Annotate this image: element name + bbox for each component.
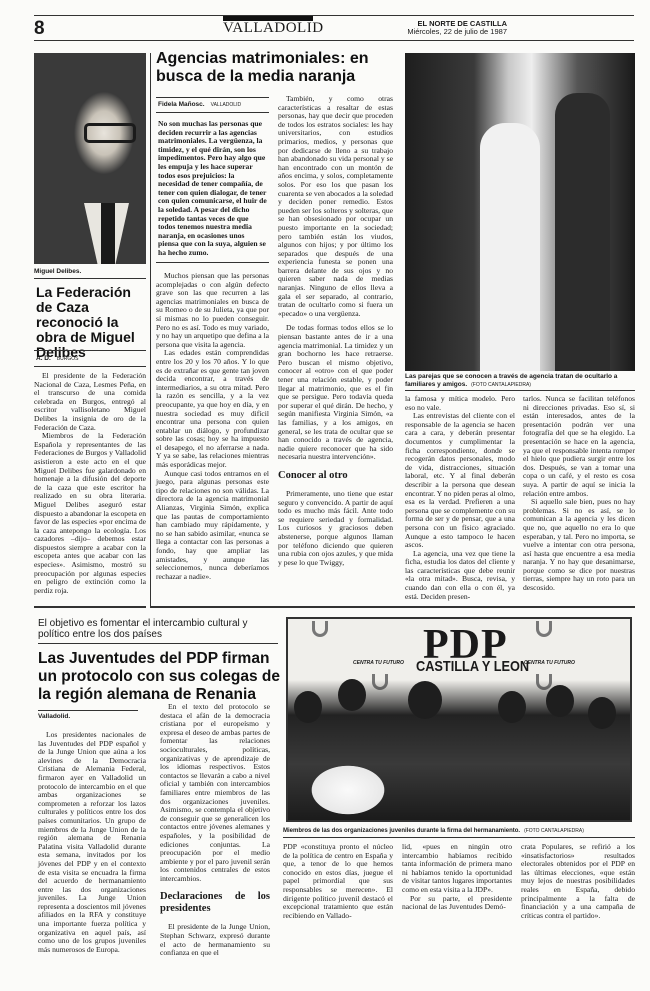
pdp-col5: crata Populares, se refirió a los «insat…: [521, 843, 635, 920]
caption-rule: [34, 278, 146, 279]
subhead-conocer: Conocer al otro: [278, 470, 393, 482]
byline-rule-top: [156, 97, 269, 98]
section-title: VALLADOLID: [223, 20, 324, 37]
tie-shape: [101, 203, 115, 264]
pdp-col3: PDP «constituya pronto el núcleo de la p…: [283, 843, 393, 920]
caption-text: Miembros de las dos organizaciones juven…: [283, 828, 520, 834]
byline-author: A. D.: [36, 355, 51, 362]
pdp-headline: Las Juventudes del PDP firman un protoco…: [38, 650, 283, 704]
byline-place: VALLADOLID: [211, 102, 241, 108]
photo-credit: (FOTO CANTALAPIEDRA): [524, 828, 584, 834]
agencias-lead: No son muchas las personas que deciden r…: [158, 120, 267, 258]
group-meeting-photo-icon: PDP CENTRA TU FUTURO CASTILLA Y LEON CEN…: [286, 617, 632, 822]
person-head-shape: [408, 681, 442, 719]
byline-rule-bottom: [156, 112, 269, 113]
paragraph: De todas formas todos ellos se lo piensa…: [278, 324, 393, 462]
pdp-photo-caption: Miembros de las dos organizaciones juven…: [283, 827, 635, 835]
photo-credit: (FOTO CANTALAPIEDRA): [471, 382, 531, 388]
byline-rule-bottom: [34, 366, 146, 367]
jdp-logo-icon: [536, 621, 552, 637]
jdp-logo-icon: [312, 621, 328, 637]
paragraph: Aunque casi todos entramos en el juego, …: [156, 470, 269, 582]
paragraph: La agencia, una vez que tiene la ficha, …: [405, 550, 515, 602]
pdp-col2: En el texto del protocolo se destaca el …: [160, 703, 270, 958]
person-head-shape: [498, 691, 526, 723]
delibes-photo-caption: Miguel Delibes.: [34, 268, 146, 276]
couple-photo-icon: [405, 53, 635, 371]
paragraph: lid, «pues en ningún otro intercambio ha…: [402, 843, 512, 895]
delibes-headline: La Federación de Caza reconoció la obra …: [36, 285, 148, 360]
page-number: 8: [34, 18, 45, 40]
paragraph: El presidente de la Junge Union, Stephan…: [160, 923, 270, 957]
banner-slogan-left: CENTRA TU FUTURO: [353, 660, 404, 666]
column-divider: [150, 53, 151, 606]
delibes-body: El presidente de la Federación Nacional …: [34, 372, 146, 595]
byline-rule: [38, 710, 138, 711]
byline-place: BURGOS: [57, 356, 79, 362]
paragraph: Por su parte, el presidente nacional de …: [402, 895, 512, 912]
top-rule: [34, 15, 634, 16]
pdp-col1: Los presidentes nacionales de las Juvent…: [38, 731, 146, 954]
kicker-rule: [38, 643, 278, 644]
paragraph: Muchos piensan que las personas acomplej…: [156, 272, 269, 349]
portrait-photo-icon: [34, 53, 146, 264]
person-head-shape: [546, 685, 574, 717]
paragraph: También, y como otras características a …: [278, 95, 393, 318]
agencias-col2: También, y como otras características a …: [278, 95, 393, 567]
issue-date: Miércoles, 22 de julio de 1987: [407, 27, 507, 36]
paragraph: crata Populares, se refirió a los «insat…: [521, 843, 635, 920]
figure-shape: [480, 123, 540, 371]
byline-author: Fidela Mañosc.: [158, 101, 205, 108]
delibes-byline: A. D.BURGOS: [36, 355, 78, 362]
masthead-rule: [34, 40, 634, 41]
couple-photo-caption: Las parejas que se conocen a través de a…: [405, 373, 635, 389]
pdp-col4: lid, «pues en ningún otro intercambio ha…: [402, 843, 512, 912]
banner-slogan-right: CENTRA TU FUTURO: [524, 660, 575, 666]
caption-rule: [283, 837, 635, 838]
agencias-col4: tarlos. Nunca se facilitan teléfonos ni …: [523, 395, 635, 593]
glasses-shape: [84, 123, 136, 143]
delibes-end-rule: [34, 606, 146, 608]
agencias-byline: Fidela Mañosc.VALLADOLID: [158, 101, 241, 108]
pdp-kicker: El objetivo es fomentar el intercambio c…: [38, 618, 278, 640]
person-head-shape: [588, 697, 616, 729]
paragraph: Miembros de la Federación Española y rep…: [34, 432, 146, 595]
person-head-shape: [294, 691, 322, 723]
lead-rule: [156, 262, 269, 263]
byline-rule-top: [34, 350, 146, 351]
agencias-headline: Agencias matrimoniales: en busca de la m…: [156, 50, 401, 86]
agencias-col3: la famosa y mítica modelo. Pero eso no v…: [405, 395, 515, 601]
paragraph: En el texto del protocolo se destaca el …: [160, 703, 270, 883]
paragraph: PDP «constituya pronto el núcleo de la p…: [283, 843, 393, 920]
paragraph: tarlos. Nunca se facilitan teléfonos ni …: [523, 395, 635, 498]
section-divider-rule: [150, 606, 635, 608]
subhead-declaraciones: Declaraciones de los presidentes: [160, 891, 270, 915]
paragraph: la famosa y mítica modelo. Pero eso no v…: [405, 395, 515, 412]
caption-rule: [405, 390, 635, 391]
paragraph: Primeramente, uno tiene que estar seguro…: [278, 490, 393, 567]
pdp-byline: Valladolid.: [38, 713, 70, 720]
paragraph: Si aquello sale bien, pues no hay proble…: [523, 498, 635, 593]
paragraph: Los presidentes nacionales de las Juvent…: [38, 731, 146, 954]
figure-shape: [555, 93, 610, 371]
paragraph: Las edades están comprendidas entre los …: [156, 349, 269, 469]
banner-region: CASTILLA Y LEON: [416, 658, 529, 675]
paragraph: Las entrevistas del cliente con el respo…: [405, 412, 515, 550]
person-head-shape: [338, 679, 366, 711]
agencias-col1: Muchos piensan que las personas acomplej…: [156, 272, 269, 581]
paragraph: El presidente de la Federación Nacional …: [34, 372, 146, 432]
